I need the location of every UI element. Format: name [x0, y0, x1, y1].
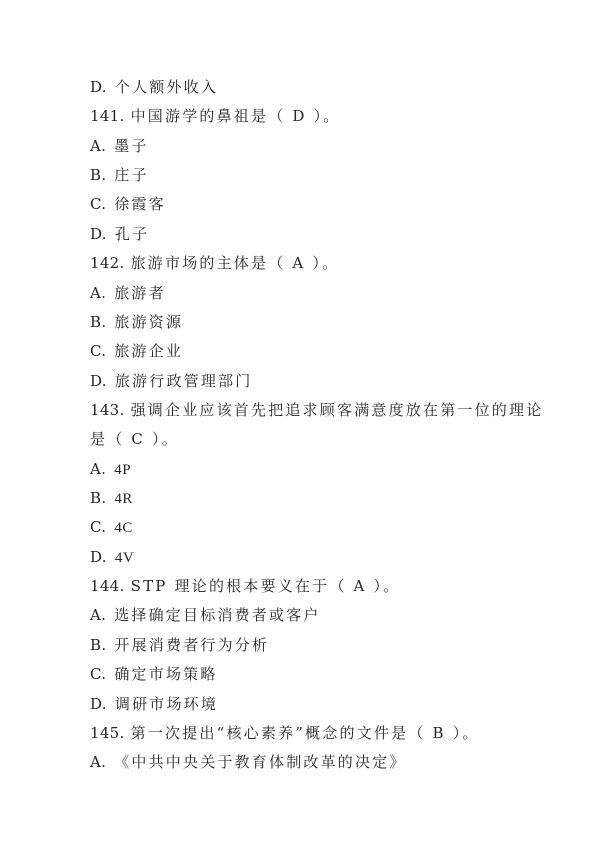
document-page: D.个人额外收入 141.中国游学的鼻祖是（ D ）。 A.墨子 B.庄子 C.… — [0, 0, 600, 849]
option-label: B. — [90, 166, 106, 184]
option-text: 徐霞客 — [114, 195, 166, 213]
option-label: A. — [90, 284, 106, 302]
option-label: D. — [90, 548, 107, 566]
question-142: 142.旅游市场的主体是（ A ）。 — [90, 249, 520, 278]
option-text: 墨子 — [114, 137, 148, 155]
option-line: D.孔子 — [90, 220, 520, 249]
question-text: STP 理论的根本要义在于（ A ）。 — [131, 577, 401, 595]
option-label: B. — [90, 489, 106, 507]
question-number: 142. — [90, 254, 125, 272]
question-number: 141. — [90, 107, 125, 125]
question-145: 145.第一次提出“核心素养”概念的文件是（ B ）。 — [90, 719, 520, 748]
option-text: 4V — [115, 550, 134, 566]
option-line: C.徐霞客 — [90, 190, 520, 219]
option-text: 4C — [114, 520, 133, 536]
option-text: 4R — [114, 491, 133, 507]
option-line: A.4P — [90, 455, 520, 484]
option-text: 旅游者 — [114, 284, 166, 302]
question-text: 中国游学的鼻祖是（ D ）。 — [131, 107, 341, 125]
option-label: A. — [90, 606, 106, 624]
option-text: 个人额外收入 — [115, 78, 218, 96]
option-line: A.选择确定目标消费者或客户 — [90, 601, 520, 630]
option-text: 《中共中央关于教育体制改革的决定》 — [114, 753, 406, 771]
option-line: D.4V — [90, 543, 520, 572]
option-line: C.确定市场策略 — [90, 660, 520, 689]
option-text: 选择确定目标消费者或客户 — [114, 606, 320, 624]
option-text: 旅游企业 — [114, 342, 183, 360]
question-text: 第一次提出“核心素养”概念的文件是（ B ）。 — [131, 724, 480, 742]
question-list: D.个人额外收入 141.中国游学的鼻祖是（ D ）。 A.墨子 B.庄子 C.… — [90, 73, 520, 778]
question-number: 145. — [90, 724, 125, 742]
option-line: A.《中共中央关于教育体制改革的决定》 — [90, 748, 520, 777]
option-text: 庄子 — [114, 166, 148, 184]
option-label: C. — [90, 518, 106, 536]
option-line: B.庄子 — [90, 161, 520, 190]
option-text: 旅游行政管理部门 — [115, 372, 253, 390]
option-label: C. — [90, 342, 106, 360]
option-label: B. — [90, 636, 106, 654]
option-label: C. — [90, 195, 106, 213]
option-line: B.旅游资源 — [90, 308, 520, 337]
question-number: 143. — [90, 401, 125, 419]
option-text: 4P — [114, 462, 131, 478]
option-text: 确定市场策略 — [114, 665, 217, 683]
question-144: 144.STP 理论的根本要义在于（ A ）。 — [90, 572, 520, 601]
option-label: D. — [90, 78, 107, 96]
option-line: A.旅游者 — [90, 279, 520, 308]
option-label: A. — [90, 460, 106, 478]
option-text: 旅游资源 — [114, 313, 183, 331]
option-label: A. — [90, 137, 106, 155]
option-line: B.4R — [90, 484, 520, 513]
option-line: A.墨子 — [90, 132, 520, 161]
question-text: 旅游市场的主体是（ A ）。 — [131, 254, 340, 272]
option-line: D.旅游行政管理部门 — [90, 367, 520, 396]
question-141: 141.中国游学的鼻祖是（ D ）。 — [90, 102, 520, 131]
question-143-continuation: 是（ C ）。 — [90, 425, 520, 454]
option-line: D.调研市场环境 — [90, 690, 520, 719]
option-label: D. — [90, 225, 107, 243]
question-text: 强调企业应该首先把追求顾客满意度放在第一位的理论 — [131, 401, 544, 419]
option-label: C. — [90, 665, 106, 683]
question-text-continued: 是（ C ）。 — [90, 430, 179, 448]
option-label: D. — [90, 372, 107, 390]
option-line: C.旅游企业 — [90, 337, 520, 366]
option-text: 开展消费者行为分析 — [114, 636, 269, 654]
option-text: 调研市场环境 — [115, 695, 218, 713]
option-label: B. — [90, 313, 106, 331]
option-label: D. — [90, 695, 107, 713]
option-label: A. — [90, 753, 106, 771]
option-line: D.个人额外收入 — [90, 73, 520, 102]
option-text: 孔子 — [115, 225, 149, 243]
option-line: B.开展消费者行为分析 — [90, 631, 520, 660]
question-143: 143.强调企业应该首先把追求顾客满意度放在第一位的理论 — [90, 396, 520, 425]
option-line: C.4C — [90, 513, 520, 542]
question-number: 144. — [90, 577, 125, 595]
